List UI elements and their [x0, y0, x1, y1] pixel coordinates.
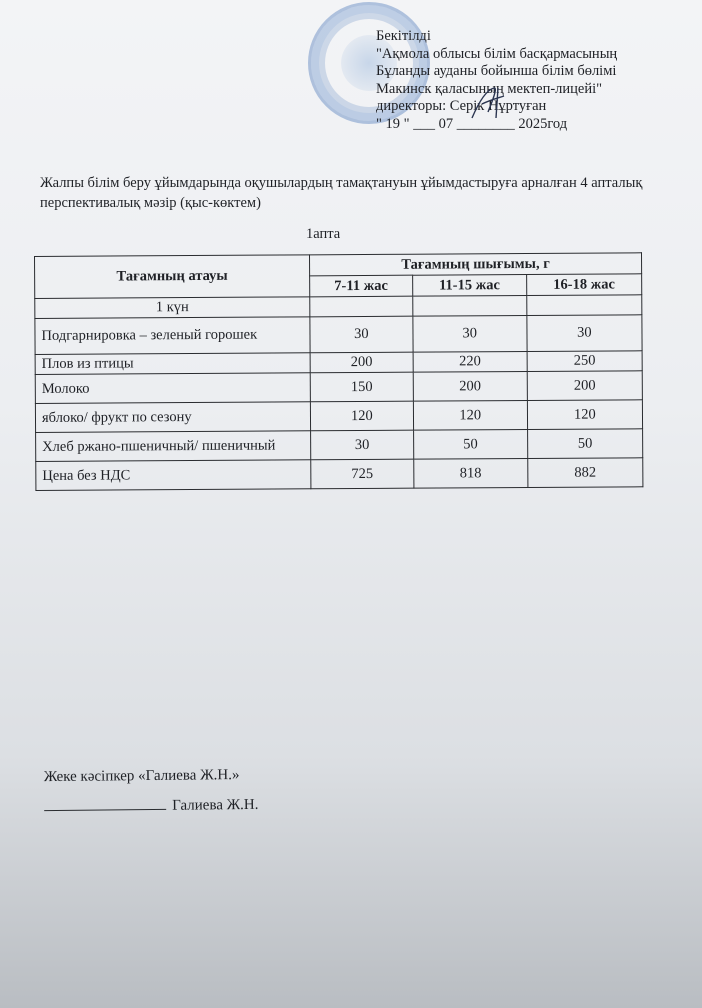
price-value: 882 [528, 458, 643, 488]
menu-table: Тағамның атауы Тағамның шығымы, г 7-11 ж… [34, 252, 643, 491]
header-yield: Тағамның шығымы, г [309, 253, 641, 276]
price-value: 725 [311, 459, 414, 489]
day-label: 1 күн [35, 297, 310, 319]
yield-value: 50 [527, 429, 642, 459]
approval-line: Бұланды ауданы бойынша білім бөлімі [376, 63, 617, 81]
table-row: Молоко 150 200 200 [35, 371, 642, 404]
yield-value: 120 [310, 401, 413, 431]
signature-name: Галиева Ж.Н. [172, 797, 258, 814]
signature-line: Галиева Ж.Н. [44, 794, 259, 818]
yield-value: 120 [527, 400, 642, 430]
approval-line: Бекітілді [376, 28, 617, 46]
signature-blank [44, 809, 166, 811]
document-title: Жалпы білім беру ұйымдарында оқушылардың… [40, 173, 650, 213]
price-value: 818 [414, 458, 528, 488]
dish-name: Молоко [35, 373, 310, 404]
header-dish-name: Тағамның атауы [35, 255, 310, 299]
week-label: 1апта [306, 226, 340, 243]
dish-name: Хлеб ржано-пшеничный/ пшеничный [36, 431, 311, 462]
yield-value: 120 [413, 400, 527, 430]
yield-value: 30 [413, 315, 527, 352]
footer-block: Жеке кәсіпкер «Галиева Ж.Н.» Галиева Ж.Н… [44, 764, 259, 818]
yield-value: 250 [527, 351, 642, 372]
approval-line: "Ақмола облысы білім басқармасының [376, 46, 617, 64]
dish-name: яблоко/ фрукт по сезону [35, 402, 310, 433]
yield-value: 30 [311, 430, 414, 460]
yield-value: 200 [413, 371, 527, 401]
header-age-group: 7-11 жас [310, 275, 413, 297]
dish-name: Цена без НДС [36, 460, 311, 491]
dish-name: Подгарнировка – зеленый горошек [35, 317, 310, 355]
table-row: Хлеб ржано-пшеничный/ пшеничный 30 50 50 [36, 429, 643, 462]
table-row: Подгарнировка – зеленый горошек 30 30 30 [35, 315, 642, 355]
table-row: яблоко/ фрукт по сезону 120 120 120 [35, 400, 642, 433]
signature-icon [468, 84, 508, 124]
entrepreneur-label: Жеке кәсіпкер «Галиева Ж.Н.» [44, 764, 259, 788]
yield-value: 150 [310, 372, 413, 402]
price-row: Цена без НДС 725 818 882 [36, 458, 643, 491]
yield-value: 30 [527, 315, 642, 352]
yield-value: 200 [527, 371, 642, 401]
dish-name: Плов из птицы [35, 353, 310, 375]
header-age-group: 11-15 жас [412, 274, 526, 296]
yield-value: 200 [310, 352, 413, 373]
header-age-group: 16-18 жас [526, 274, 641, 296]
yield-value: 30 [310, 316, 413, 353]
yield-value: 220 [413, 351, 527, 372]
yield-value: 50 [413, 429, 527, 459]
